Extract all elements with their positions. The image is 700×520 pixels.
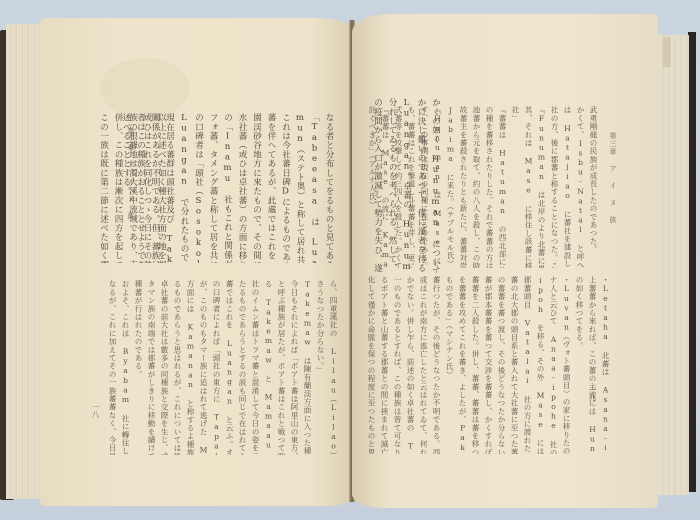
text-column: 以上に述べた如く種大社方面の地を根據して北部: [154, 113, 169, 263]
text-column: およそ、これは Byabam 社に轉住し來つた Inwrbanal である。: [119, 280, 132, 455]
text-column: かでない。併し乍ら、前述の如く卓社蕃の Tahemaw、水社蕃の: [404, 276, 417, 454]
text-column: 蕃が郡本蕃蕃を蕃つて交渉を蕃蕃し、かくすればとれの蕃ことが出來: [482, 276, 495, 454]
text-column: 併し、この種族は漸次に四方を起して獨自の發展を: [111, 113, 126, 263]
text-column: 種蕃が行はれたのである。: [132, 280, 145, 455]
page-stain: [100, 58, 190, 118]
text-column: ・Luvan（ヴォト蕃頭目）の家に移りたのであらう。（セチ氏）: [560, 276, 573, 454]
text-column: の種を蕃移されたりした。それで蕃蕃の方はたまに復開を計算し、西を新蕃: [483, 106, 496, 268]
text-column: なる者と分布してをるものと見てある。: [322, 113, 337, 263]
text-column: 今日もそれによれば「ボアト蕃は阿里山の東方、トフマ蕃から分れて陳有: [288, 280, 301, 455]
text-column: 或はこれが南方に逃亡したと云はれてゐて、何れが事實であるか俄: [417, 276, 430, 454]
text-column: 蕃を伴へてあるが、此處ではこれを Mamaau と云つてをる。: [264, 113, 279, 263]
text-column: 蕃ではこれを Luangan と云ふ。オマナン蕃に居る Takemaw と: [223, 280, 236, 455]
text-column: 社の方、後に郡蕃と称することになつた。これについて口碑は次: [548, 106, 561, 268]
text-column: Luangan、卓蕃の Hunuman 及びヴォット蕃の Mamaau が: [399, 98, 414, 273]
text-column: フォ蕃、タメング蕃と称して居を共にし、恐らく系統を同じ: [206, 113, 221, 263]
text-column: 郡蕃頭目 Vatalai 社の方に渡れたると云はれてをる。（アタナル: [521, 276, 534, 454]
text-column: さうなつたか分らない。」: [314, 280, 327, 455]
text-column: ナ人と云ひて Anaa-ipohe 社の Diyaua と云ふ者に Hunuma…: [547, 276, 560, 454]
text-column: を蕃蕃を攻めてこれを蕃き、よしたが、Paken はこれを知つて蕃れ、他の郡蕃も蕃: [456, 276, 469, 454]
text-column: るボアト蕃と山蕃する郡蕃との間に挾まれて滅亡し、北部の者は種々: [378, 276, 391, 454]
text-column: る Takemaw と Mamaau とは同じものであらう。また、鑾闘溪: [262, 280, 275, 455]
text-column: 蕃蕃を二人殺した。併し、蕃蕃、蕃蕃は蕃を移つて蕃を蕃移しようとしたけれど: [469, 276, 482, 454]
text-column: と呼ぶ種族が居たが、ボアト蕃はこれと戦つて敗すの多数を殺し、殘りは: [275, 280, 288, 455]
right-running-head: 第三章 ア イ ヌ 族: [608, 132, 618, 224]
text-column: 分れしてゐるものを考へられる。然して、その種蕃の者は卓蕃: [385, 98, 400, 273]
text-column: の「Inamu 社もこれと関係があるかも知れないのであつて、今日: [220, 113, 235, 263]
text-column: ipoh を移る、その外 Mase には Hiyano と云ふものが蕃居した。: [534, 276, 547, 454]
right-lower-text: かくの如く Hunuman については或はこれが絶滅したと云ひかに決し難いのであ…: [370, 98, 443, 273]
text-column: この一族は既に第二節に述べた如く郡蕃とは系統を異にする: [96, 113, 111, 263]
book-cover-right: [688, 32, 696, 492]
text-column: の疫間から入口が激減して勢力を失ひ、遂に卓社蕃や水社蕃に: [370, 98, 385, 273]
left-running-head: 第三章 ア イ ヌ 族: [126, 128, 136, 220]
text-column: ら、四重溪社の Lilau（Lilao）を中心とするものがあつて、この種の人々は…: [327, 280, 340, 455]
text-column: の口碑者によれば「頭社の東方に Tapaiu と云ふ處があり、そこに: [210, 280, 223, 455]
text-column: 蕃行つたが、その後どうなつたか不明である。西蕃蕃と蕃つたと云ふ言ひ伝へと: [430, 276, 443, 454]
open-book-photo: なる者と分布してをるものと見てある。「Tabeeasa は Luangan から…: [0, 0, 700, 520]
text-column: 社のイムン蕃はトフマ蕃と混淆して今日の姿を示してゐるが、蕃ではト: [249, 280, 262, 455]
text-column: 化して僅かに命脈を保つの程度に至つたものと思はれる。: [365, 276, 378, 454]
text-column: 『蕃蕃は Hatuman の西北部に住けたのち、そこに郡蕃が: [496, 106, 509, 268]
text-column: の蕃蕃を蕃つ渡し、その後どうなつたか分らない。尚蕃 Tabe-ipohe 社の …: [495, 276, 508, 454]
left-page-number: 一八: [90, 403, 101, 418]
text-column: 卓社蕃の前大社は數多の同種族と交際を生じ、或ひはこれと對立し、: [158, 280, 171, 455]
text-column: が、このものもタマー族に追はれて逃げた Mamaau と同種である: [197, 280, 210, 455]
left-page: なる者と分布してをるものと見てある。「Tabeeasa は Luangan から…: [40, 18, 358, 506]
text-column: かくて、Isbu-Natal と呼へた熊蕃は南方の野土を開拓し、: [574, 106, 587, 268]
text-column: 故蕃主を蕃殺されたりとも新たに、蕃蕃対岸の Mossipu の平面の: [457, 106, 470, 268]
text-column: は Hatajiao に蕃社を建設し、南の諸社與え大頭に屋大溪に移: [561, 106, 574, 268]
text-column: 池蕃から元を取て、約の八人を殺し、この時一八人が逃げ去つて: [470, 106, 483, 268]
text-column: かに決し難いのであつて、僅に漢者を待るにしてもその行方が: [414, 98, 429, 273]
text-column: たるものであらうとするの説も同じで在はれてゐる。尚、卓社蕃日碑D: [236, 280, 249, 455]
text-column: の如く移つてをる。: [573, 276, 586, 454]
edge-stamp: [663, 37, 671, 67]
text-column: 上蕃蕃から來れば、この蕃の主流には Hunuman と呼ばれる種族: [586, 276, 599, 454]
text-column: 社」: [509, 106, 522, 268]
text-column: タマン族の南端では郡蕃がしきりに移動を續けてゐた。かくて、この郡: [145, 280, 158, 455]
page-edges-right: [655, 35, 689, 495]
text-column: 水社蕃（或ひは卓社蕃）の方面に移れた」と云ふのである。: [235, 113, 250, 263]
text-column: 或ひはこれを同化しつゝ今日にその勢威を擴張しつゝ: [140, 113, 155, 263]
right-bottom-text: ・Letaha 北蕃は Asana-ipohe 及び Lokai に、Takai…: [365, 276, 612, 454]
text-column: Jabima に来た。（テプルモル氏）: [444, 106, 457, 268]
text-column: mun（ステト奥）と称して居れ共西國の南方に逃げてしまひ、その後、: [293, 113, 308, 263]
text-column: 武勇剛健の民族が成長したのであつた。: [587, 106, 600, 268]
text-column: なるが、これに加えてその一族蕃蕃なく、今日見るところ範蕃の: [106, 280, 119, 455]
text-column: 一のものであるとすれば、この種族は曾て可なり廣大な地域に亘つて: [391, 276, 404, 454]
text-column: 「Tabeeasa は Luangan から Mase に来たのであるが、: [307, 113, 322, 263]
text-column: 方面には Kamanan と称するよ種族が居たと云はれ、Mase 社の: [184, 280, 197, 455]
text-column: ものである」（マシナン氏）: [443, 276, 456, 454]
text-column: かくの如く Hunuman については或はこれが絶滅したと云ひ: [428, 98, 443, 273]
left-bottom-text: ら、四重溪社の Lilau（Lilao）を中心とするものがあつて、この種の人々は…: [106, 280, 340, 455]
text-column: Takemaw は陳有蘭渓方面に入つた種族である。これと同様なことはボアト: [301, 280, 314, 455]
text-column: るものであらうと思はれるが、これについては後に郡蕃諸種の關係で: [171, 280, 184, 455]
text-column: ・Letaha 北蕃は Asana-ipohe 及び Lokai に、Takai…: [599, 276, 612, 454]
right-page-number: 一九: [587, 386, 598, 401]
text-column: 其、それは Mase に移住し該蕃に移住せることで蕃蕃し事は: [522, 106, 535, 268]
text-column: 蕃の北大郡の頭目系と蕃入れて大社蕃に至つた蕃頭蕃は卓社の蕃: [508, 276, 521, 454]
text-column: Luangan で分れたものであると云ひ、上に掲げた: [177, 113, 192, 263]
text-column: の口碑者は「頭社（Sosokol）にも Takemaw が居て、: [191, 113, 206, 263]
right-page: 第三章 ア イ ヌ 族 武勇剛健の民族が成長したのであつた。かくて、Isbu-N…: [352, 14, 658, 508]
text-column: 園渓砂谷地方に來たもので、その間にはこの地方に Mamaau: [249, 113, 264, 263]
text-column: 『Funuman は北岸のより北蕃に學び民の流れに隨した。恐ら: [535, 106, 548, 268]
page-edges-left: [6, 24, 44, 499]
text-column: これは今社蕃日碑Dによるものであるが、それによれば Taba: [278, 113, 293, 263]
